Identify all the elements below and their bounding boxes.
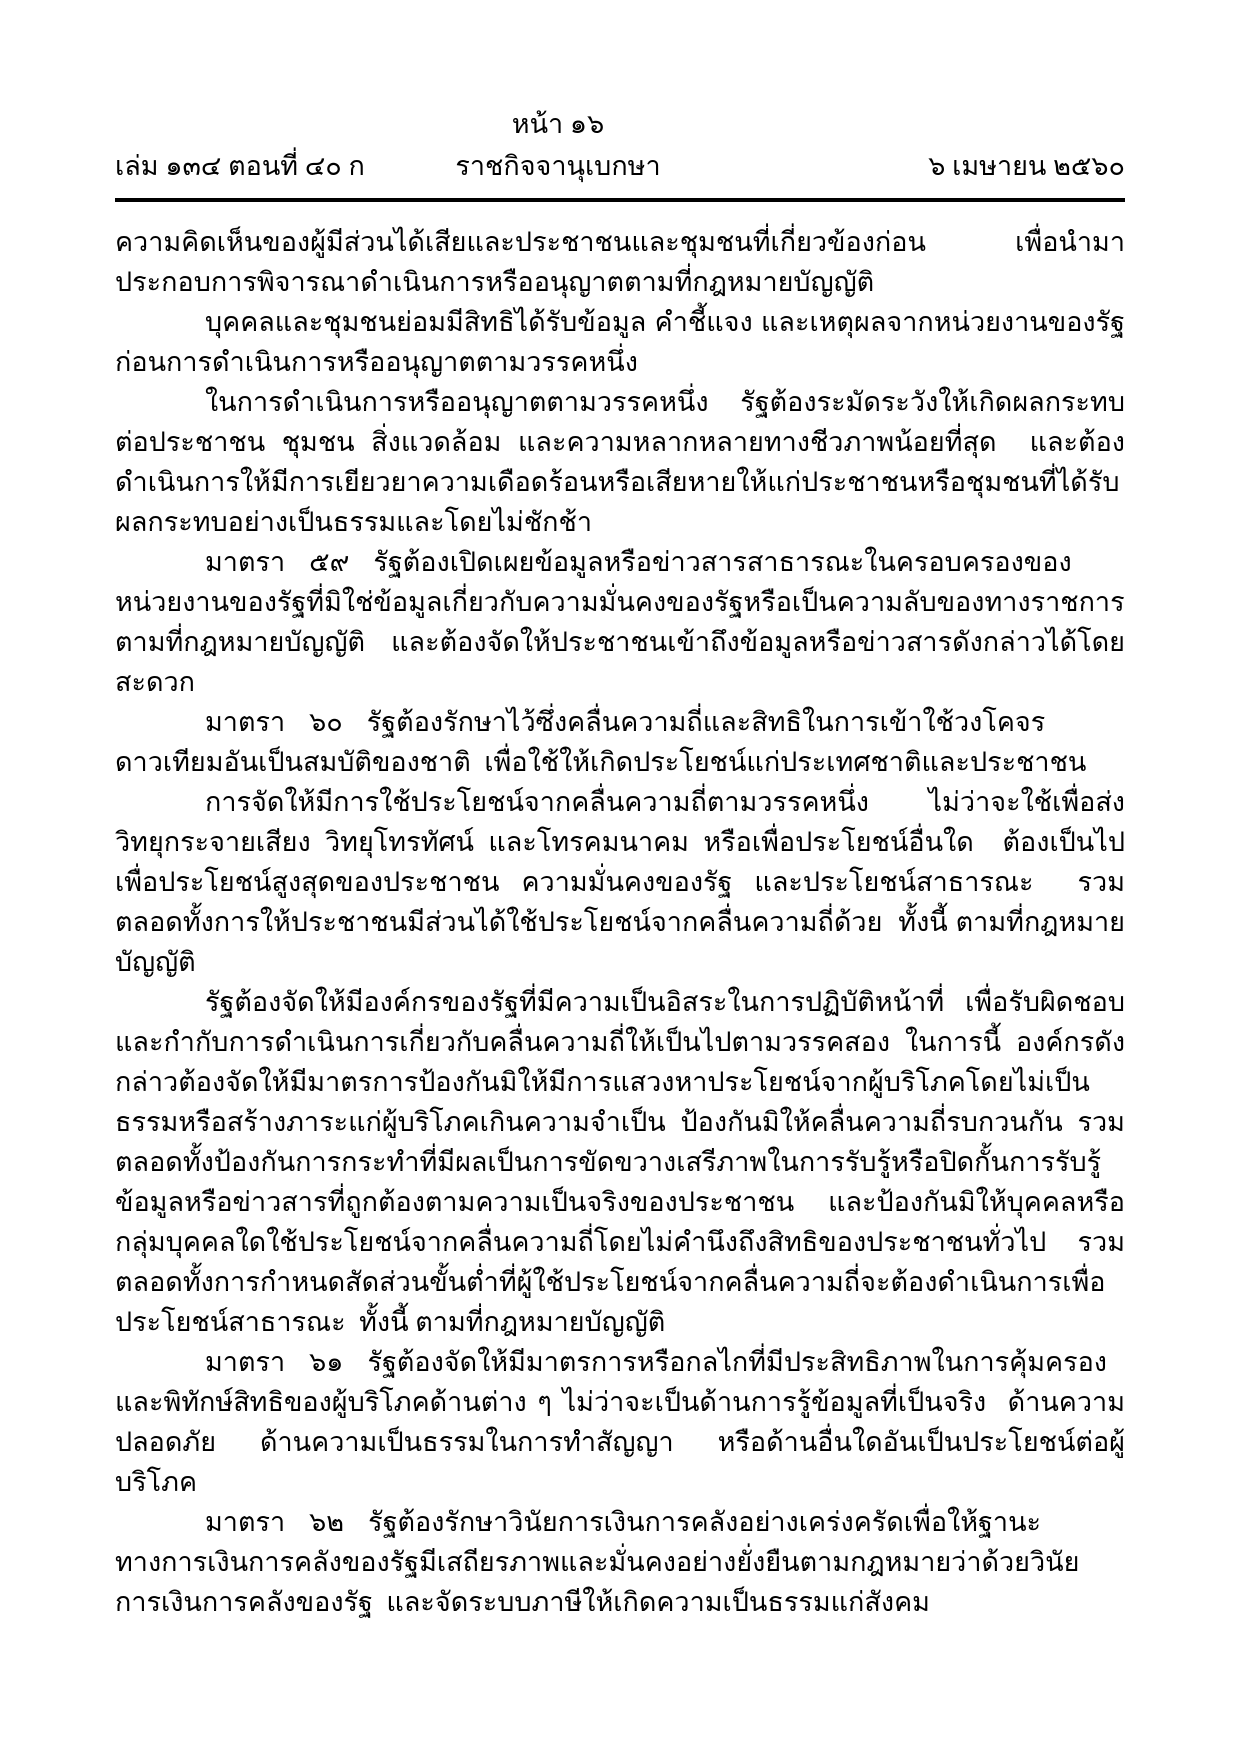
section-label: มาตรา: [205, 1347, 285, 1377]
masthead-row: เล่ม ๑๓๔ ตอนที่ ๔๐ ก ราชกิจจานุเบกษา ๖ เ…: [115, 148, 1125, 184]
publication-title: ราชกิจจานุเบกษา: [455, 148, 660, 184]
section-paragraph: มาตรา๕๙รัฐต้องเปิดเผยข้อมูลหรือข่าวสารสา…: [115, 542, 1125, 702]
page-number: หน้า ๑๖: [53, 106, 1063, 142]
section-number: ๖๐: [309, 707, 343, 737]
page-header: หน้า ๑๖ เล่ม ๑๓๔ ตอนที่ ๔๐ ก ราชกิจจานุเ…: [115, 0, 1125, 202]
section-number: ๖๑: [309, 1347, 343, 1377]
section-paragraph: มาตรา๖๐รัฐต้องรักษาไว้ซึ่งคลื่นความถี่แล…: [115, 702, 1125, 782]
paragraph: รัฐต้องจัดให้มีองค์กรของรัฐที่มีความเป็น…: [115, 982, 1125, 1342]
section-label: มาตรา: [205, 1507, 285, 1537]
section-label: มาตรา: [205, 707, 285, 737]
section-paragraph: มาตรา๖๒รัฐต้องรักษาวินัยการเงินการคลังอย…: [115, 1502, 1125, 1622]
paragraph: ความคิดเห็นของผู้มีส่วนได้เสียและประชาชน…: [115, 222, 1125, 302]
publication-date: ๖ เมษายน ๒๕๖๐: [928, 148, 1125, 184]
paragraph: บุคคลและชุมชนย่อมมีสิทธิได้รับข้อมูล คำช…: [115, 302, 1125, 382]
paragraph: ในการดำเนินการหรืออนุญาตตามวรรคหนึ่ง รัฐ…: [115, 382, 1125, 542]
paragraph: การจัดให้มีการใช้ประโยชน์จากคลื่นความถี่…: [115, 782, 1125, 982]
volume-issue: เล่ม ๑๓๔ ตอนที่ ๔๐ ก: [115, 148, 365, 184]
section-label: มาตรา: [205, 547, 285, 577]
section-number: ๖๒: [309, 1507, 344, 1537]
section-number: ๕๙: [309, 547, 349, 577]
section-paragraph: มาตรา๖๑รัฐต้องจัดให้มีมาตรการหรือกลไกที่…: [115, 1342, 1125, 1502]
document-body: ความคิดเห็นของผู้มีส่วนได้เสียและประชาชน…: [115, 222, 1125, 1622]
gazette-page: หน้า ๑๖ เล่ม ๑๓๔ ตอนที่ ๔๐ ก ราชกิจจานุเ…: [0, 0, 1240, 1754]
